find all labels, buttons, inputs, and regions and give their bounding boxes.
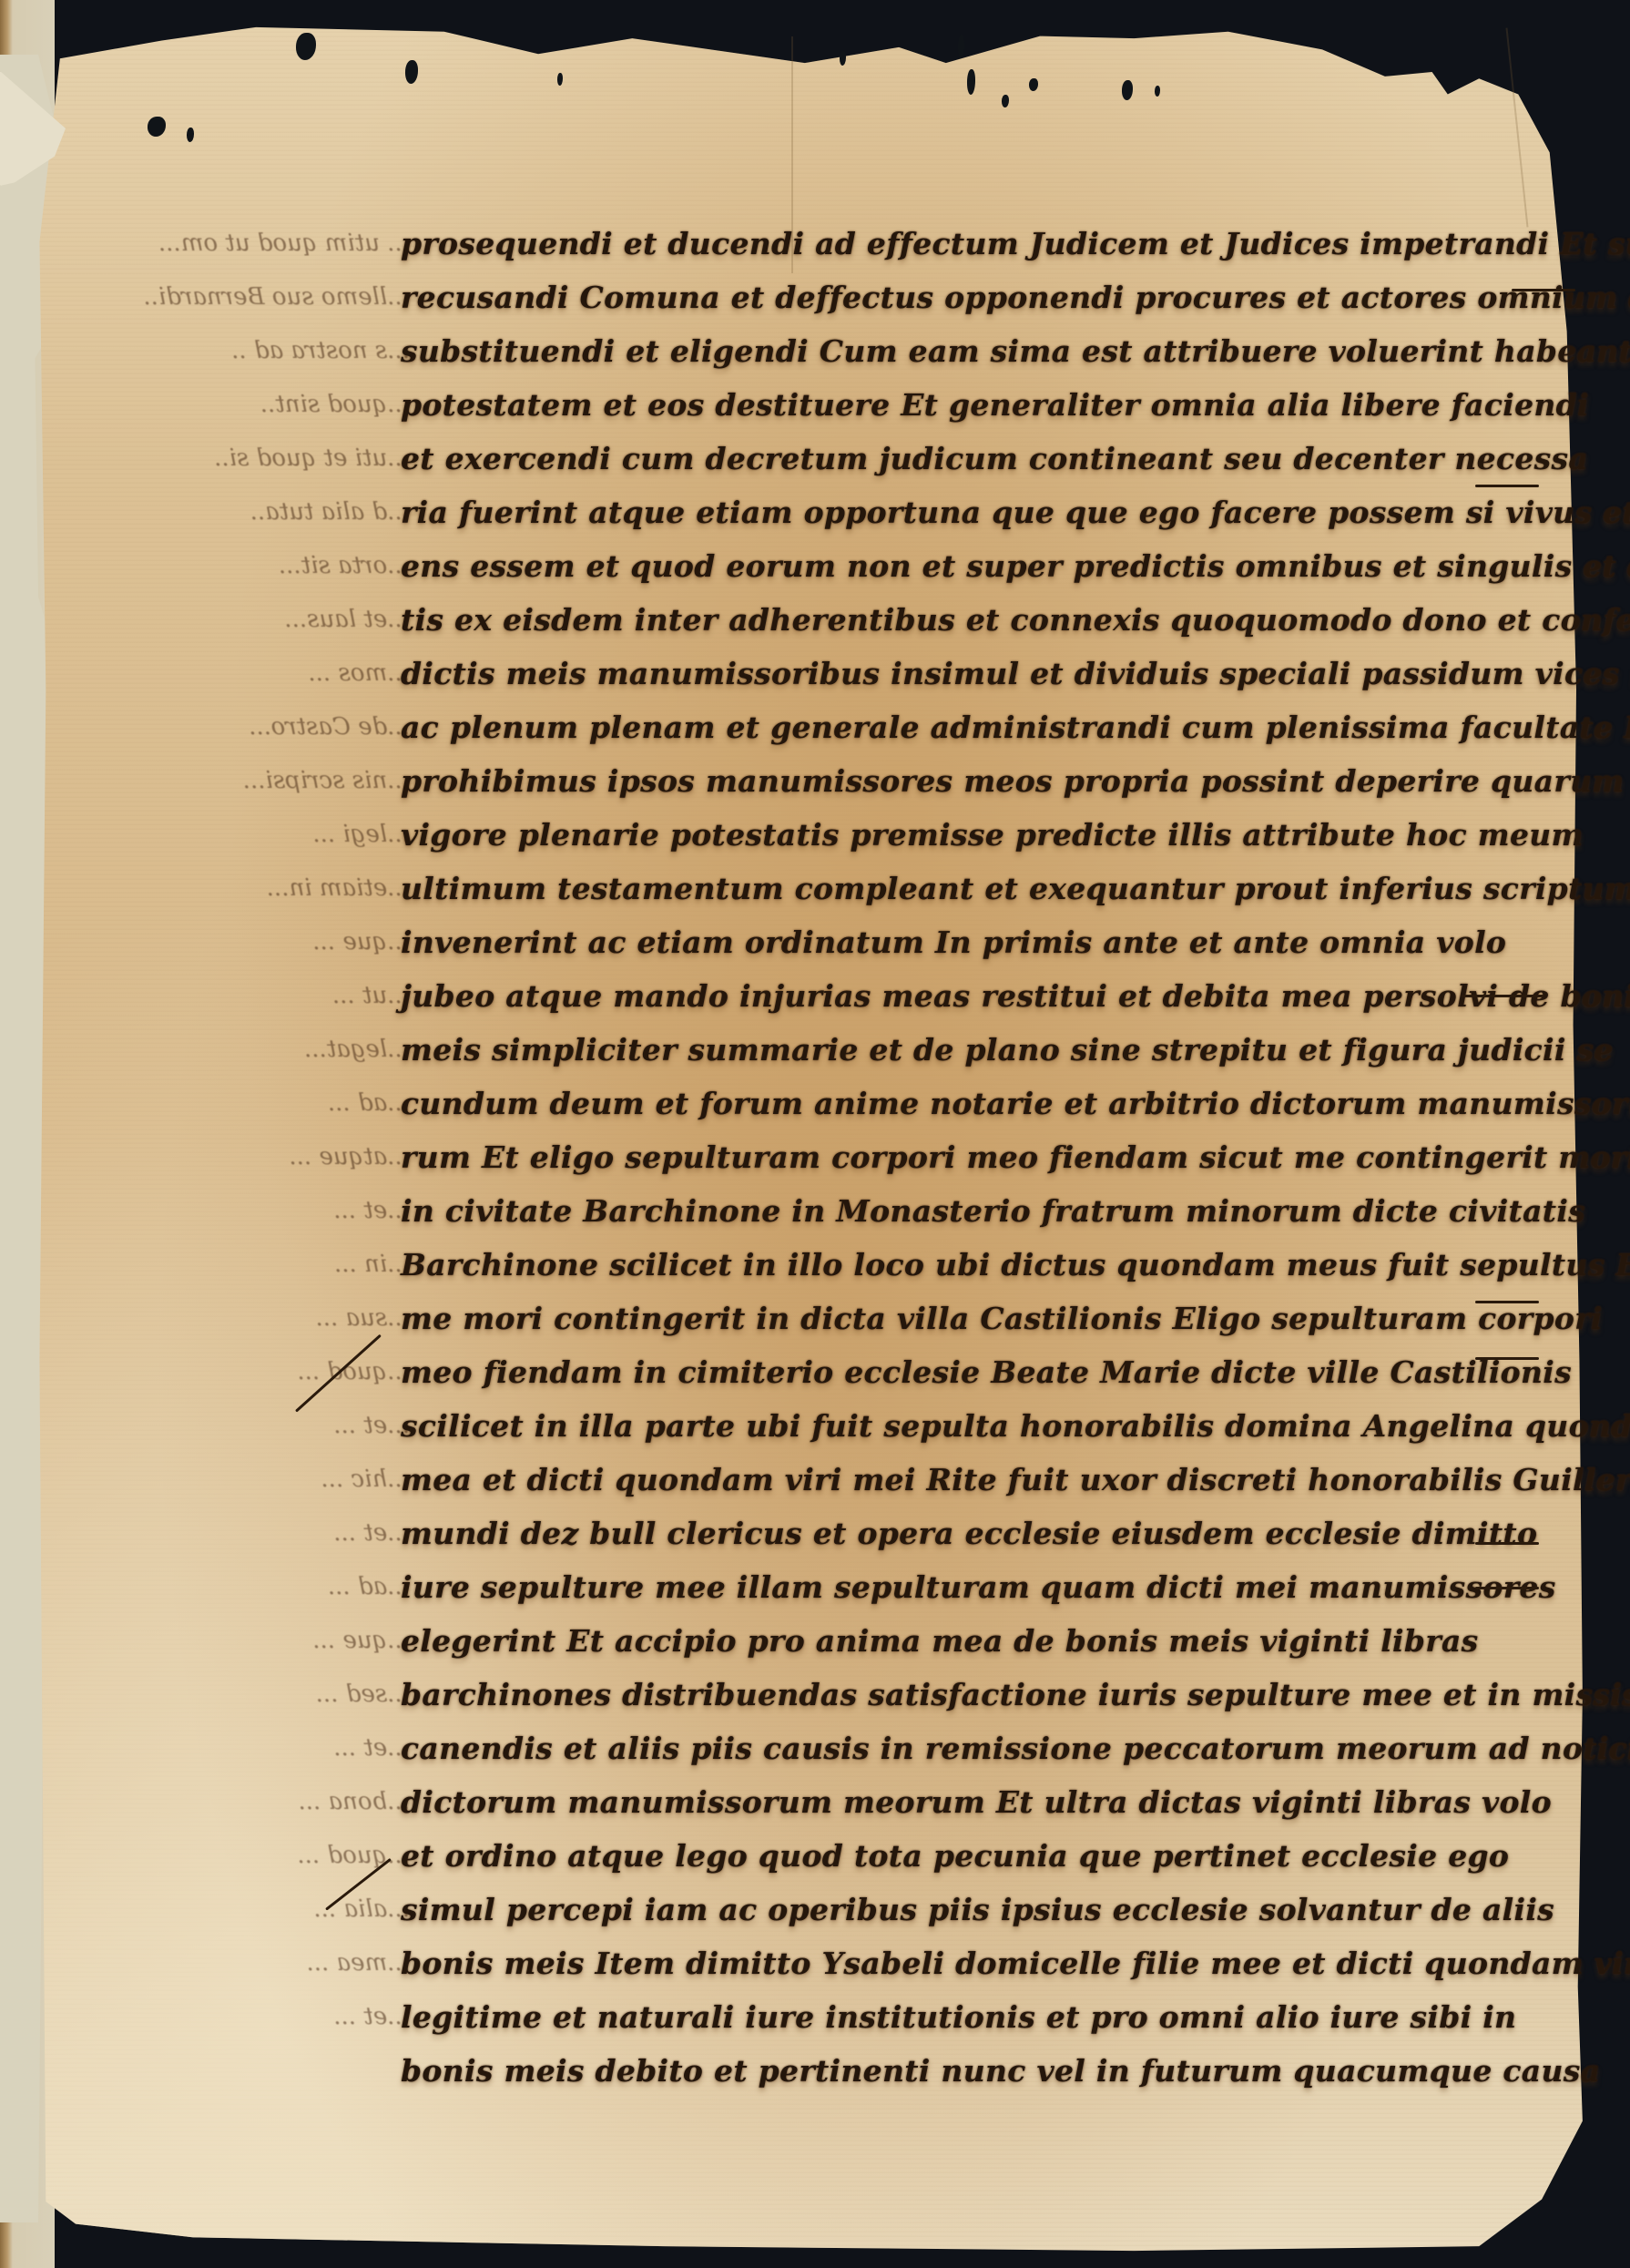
bleed-line: ...hic ... — [137, 1453, 410, 1507]
line-filler-stroke — [1475, 1542, 1539, 1545]
bleed-line: ...quod sint.. — [137, 378, 410, 432]
text-line: ens essem et quod eorum non et super pre… — [401, 539, 1575, 593]
text-line: scilicet in illa parte ubi fuit sepulta … — [401, 1399, 1575, 1453]
bleed-line: ...llemo suo Bernardi.. — [137, 271, 410, 324]
bleed-line: ...sua ... — [137, 1292, 410, 1345]
line-filler-stroke — [1512, 289, 1575, 291]
text-line: ria fuerint atque etiam opportuna que qu… — [401, 485, 1575, 539]
bleed-line: ...ut ... — [137, 969, 410, 1023]
worm-hole — [958, 35, 964, 58]
bleed-line: ...bona ... — [137, 1775, 410, 1829]
bleed-line: ...mos ... — [137, 647, 410, 700]
text-line: potestatem et eos destituere Et generali… — [401, 378, 1575, 432]
text-line: tis ex eisdem inter adherentibus et conn… — [401, 593, 1575, 647]
bleed-line: ...etiam in... — [137, 862, 410, 915]
bleed-line: ...et ... — [137, 1184, 410, 1238]
bleed-line: ...legi ... — [137, 808, 410, 862]
text-line: invenerint ac etiam ordinatum In primis … — [401, 915, 1575, 969]
bleed-line: ...que ... — [137, 915, 410, 969]
text-line: mundi dez bull clericus et opera ecclesi… — [401, 1507, 1575, 1560]
text-line: dictorum manumissorum meorum Et ultra di… — [401, 1775, 1575, 1829]
manuscript-scan: ... utim quod ut om... ...llemo suo Bern… — [0, 0, 1630, 2268]
margin-bleed-through: ... utim quod ut om... ...llemo suo Bern… — [137, 217, 410, 2044]
bleed-line: ...orta sit... — [137, 539, 410, 593]
text-line: rum Et eligo sepulturam corpori meo fien… — [401, 1130, 1575, 1184]
bleed-line: ...sed ... — [137, 1668, 410, 1721]
text-line: ultimum testamentum compleant et exequan… — [401, 862, 1575, 915]
text-line: Barchinone scilicet in illo loco ubi dic… — [401, 1238, 1575, 1292]
bleed-line: ...ad ... — [137, 1560, 410, 1614]
bleed-line: ...atque ... — [137, 1130, 410, 1184]
text-line: simul percepi iam ac operibus piis ipsiu… — [401, 1883, 1575, 1936]
text-line: elegerint Et accipio pro anima mea de bo… — [401, 1614, 1575, 1668]
bleed-line: ...mea ... — [137, 1936, 410, 1990]
bleed-line: ...in ... — [137, 1238, 410, 1292]
text-line: substituendi et eligendi Cum eam sima es… — [401, 324, 1575, 378]
text-line: recusandi Comuna et deffectus opponendi … — [401, 271, 1575, 324]
text-line: mea et dicti quondam viri mei Rite fuit … — [401, 1453, 1575, 1507]
bleed-line: ...legat... — [137, 1023, 410, 1077]
bleed-line: ...s nostra ad .. — [137, 324, 410, 378]
text-line: vigore plenarie potestatis premisse pred… — [401, 808, 1575, 862]
text-line: jubeo atque mando injurias meas restitui… — [401, 969, 1575, 1023]
text-line: dictis meis manumissoribus insimul et di… — [401, 647, 1575, 700]
text-line: legitime et naturali iure institutionis … — [401, 1990, 1575, 2044]
text-line: meo fiendam in cimiterio ecclesie Beate … — [401, 1345, 1575, 1399]
line-filler-stroke — [1475, 1357, 1539, 1360]
bleed-line: ...et laus... — [137, 593, 410, 647]
bleed-line: ...et ... — [137, 1990, 410, 2044]
text-line: et exercendi cum decretum judicum contin… — [401, 432, 1575, 485]
text-line: prosequendi et ducendi ad effectum Judic… — [401, 217, 1575, 271]
line-filler-stroke — [1475, 1587, 1539, 1589]
bleed-line: ...ad ... — [137, 1077, 410, 1130]
main-text-block: prosequendi et ducendi ad effectum Judic… — [401, 217, 1575, 2098]
bleed-line: ...nis scripsi... — [137, 754, 410, 808]
text-line: in civitate Barchinone in Monasterio fra… — [401, 1184, 1575, 1238]
text-line: cundum deum et forum anime notarie et ar… — [401, 1077, 1575, 1130]
bleed-line: ...et ... — [137, 1721, 410, 1775]
text-line: bonis meis debito et pertinenti nunc vel… — [401, 2044, 1575, 2098]
bleed-line: ...et ... — [137, 1507, 410, 1560]
line-filler-stroke — [1475, 1301, 1539, 1303]
bleed-line: ...uti et quod si.. — [137, 432, 410, 485]
bleed-line: ... utim quod ut om... — [137, 217, 410, 271]
text-line: me mori contingerit in dicta villa Casti… — [401, 1292, 1575, 1345]
text-line: ac plenum plenam et generale administran… — [401, 700, 1575, 754]
bleed-line: ...alia ... — [137, 1883, 410, 1936]
bleed-line: ...et ... — [137, 1399, 410, 1453]
line-filler-stroke — [1475, 485, 1539, 487]
text-line: meis simpliciter summarie et de plano si… — [401, 1023, 1575, 1077]
bleed-line: ...que ... — [137, 1614, 410, 1668]
bleed-line: ...de Castro... — [137, 700, 410, 754]
text-line: iure sepulture mee illam sepulturam quam… — [401, 1560, 1575, 1614]
text-line: bonis meis Item dimitto Ysabeli domicell… — [401, 1936, 1575, 1990]
bleed-line: ...quod ... — [137, 1345, 410, 1399]
text-line: canendis et aliis piis causis in remissi… — [401, 1721, 1575, 1775]
text-line: prohibimus ipsos manumissores meos propr… — [401, 754, 1575, 808]
bleed-line: ...d alia tuta.. — [137, 485, 410, 539]
line-filler-stroke — [1462, 995, 1543, 997]
text-line: et ordino atque lego quod tota pecunia q… — [401, 1829, 1575, 1883]
text-line: barchinones distribuendas satisfactione … — [401, 1668, 1575, 1721]
